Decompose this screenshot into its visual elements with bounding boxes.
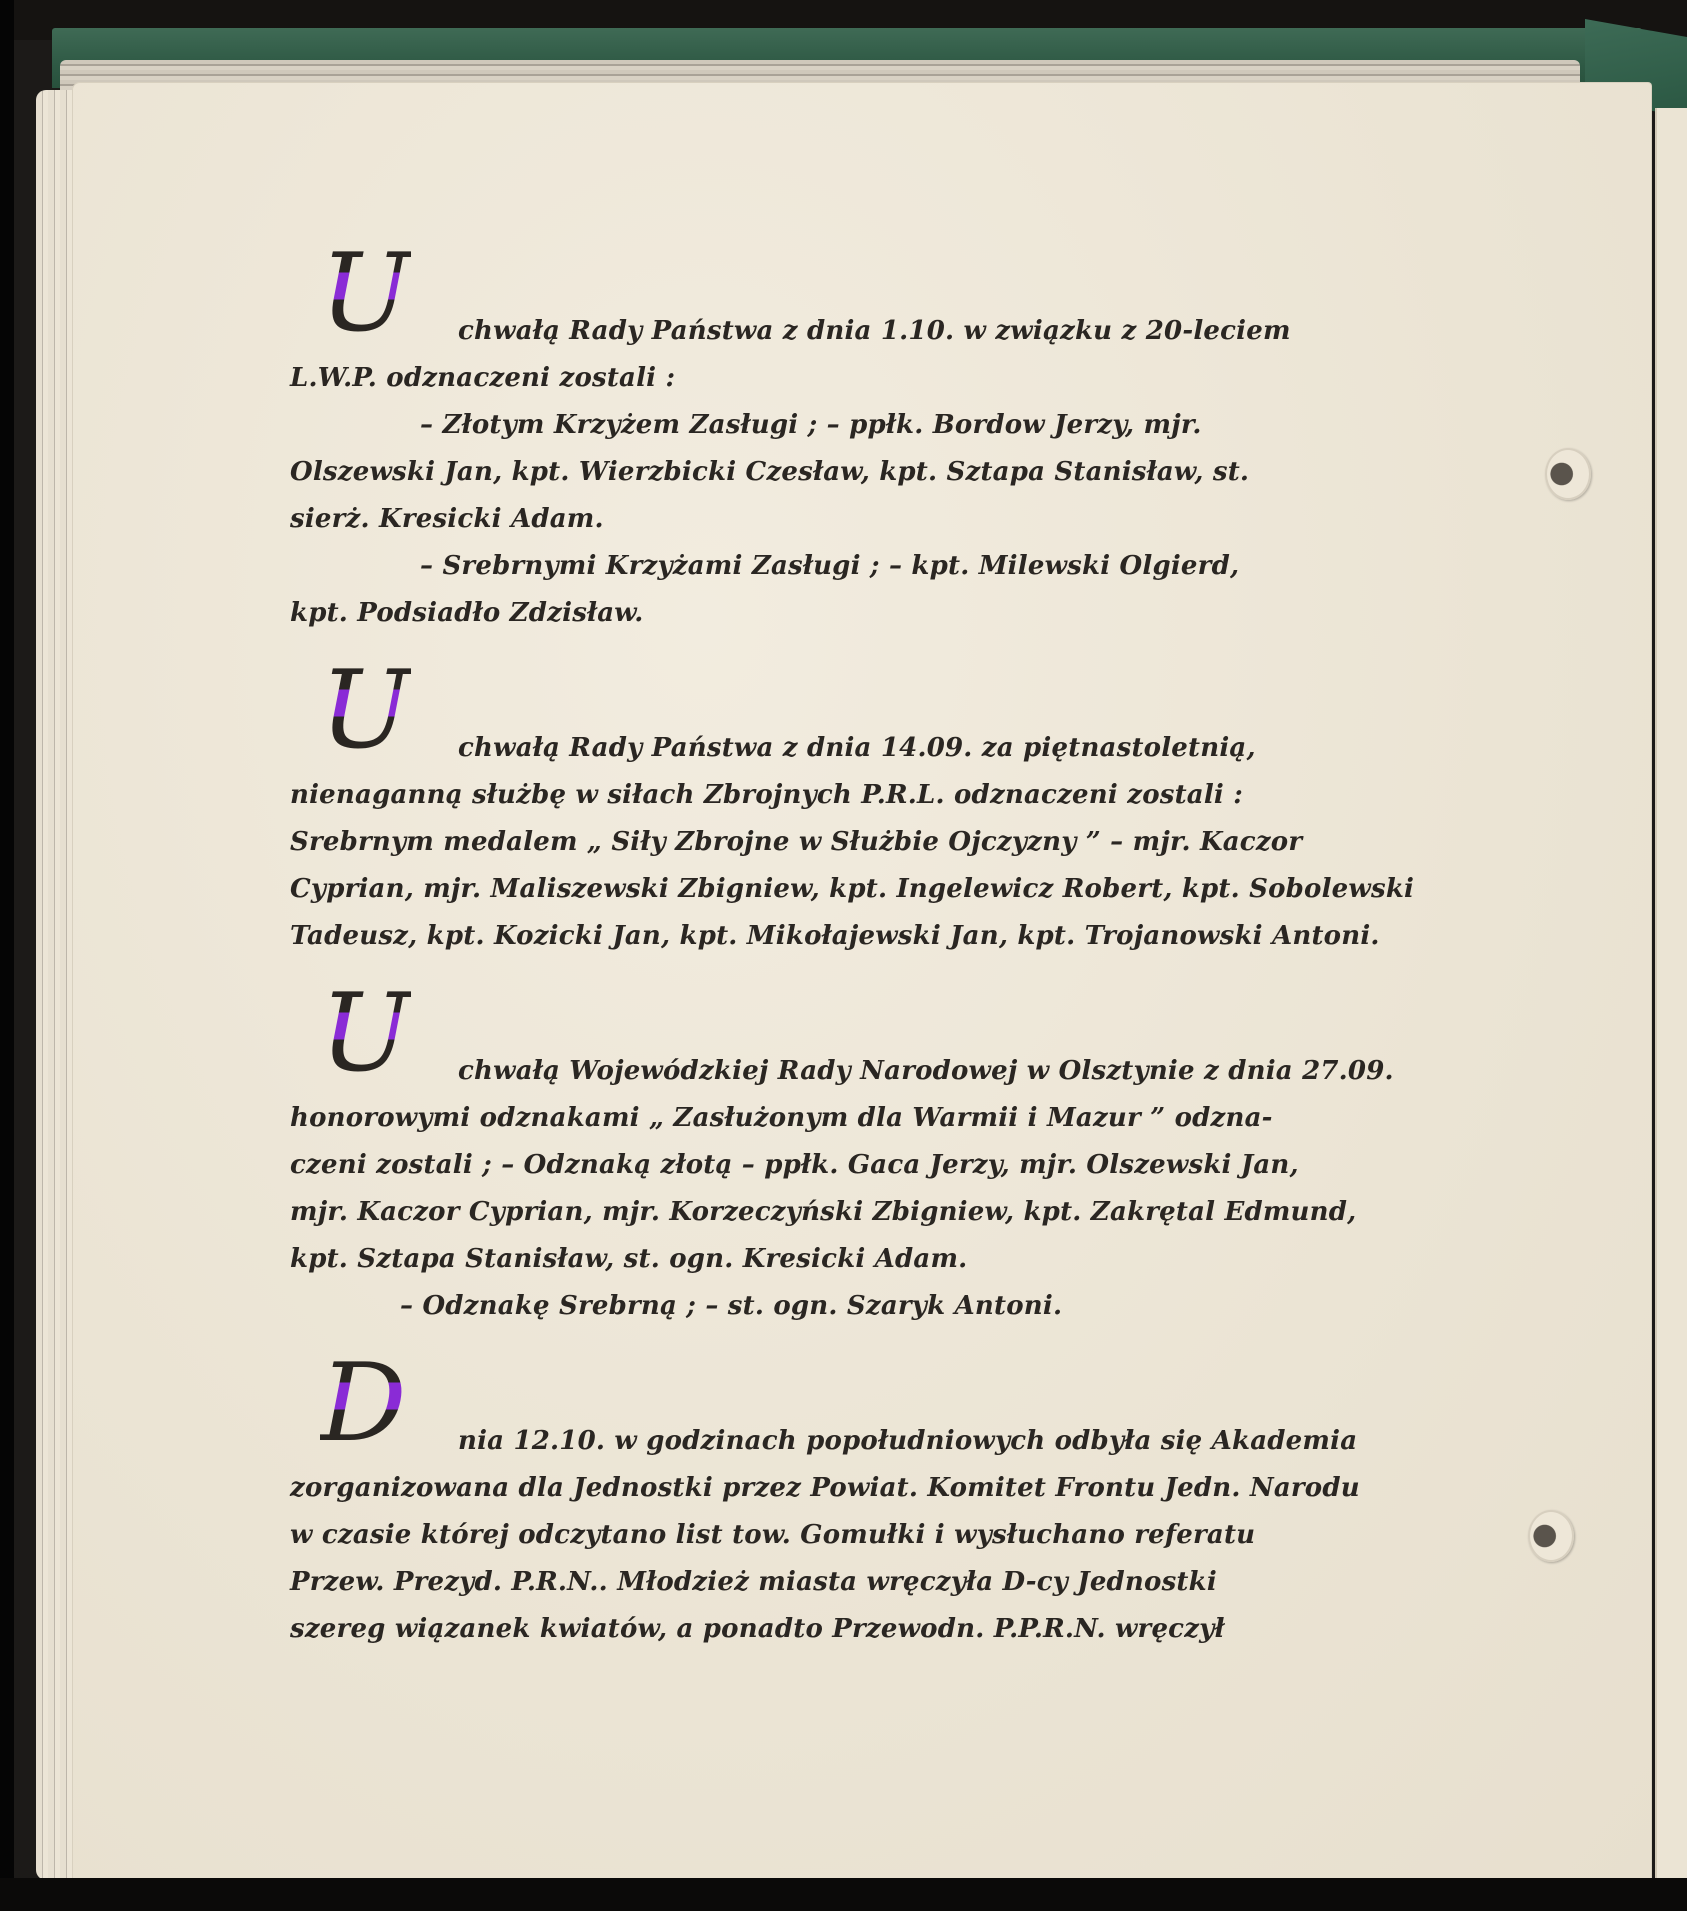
- page-stack-left: [36, 90, 76, 1880]
- entry-line: L.W.P. odznaczeni zostali :: [290, 355, 1450, 402]
- ornamental-initial: U: [320, 657, 411, 765]
- entry-line: nienaganną służbę w siłach Zbrojnych P.R…: [290, 772, 1450, 819]
- entry-line: chwałą Rady Państwa z dnia 14.09. za pię…: [290, 677, 1450, 772]
- entry-state-council-sep: U chwałą Rady Państwa z dnia 14.09. za p…: [290, 677, 1450, 960]
- entry-line: Olszewski Jan, kpt. Wierzbicki Czesław, …: [290, 449, 1450, 496]
- entry-line: mjr. Kaczor Cyprian, mjr. Korzeczyński Z…: [290, 1189, 1450, 1236]
- entry-line: honorowymi odznakami „ Zasłużonym dla Wa…: [290, 1095, 1450, 1142]
- entry-line: – Odznakę Srebrną ; – st. ogn. Szaryk An…: [290, 1283, 1450, 1330]
- entry-line: – Złotym Krzyżem Zasługi ; – ppłk. Bordo…: [290, 402, 1450, 449]
- scan-bottom-edge: [0, 1878, 1687, 1911]
- entry-line: kpt. Podsiadło Zdzisław.: [290, 590, 1450, 637]
- entry-line: w czasie której odczytano list tow. Gomu…: [290, 1512, 1450, 1559]
- entry-line: sierż. Kresicki Adam.: [290, 496, 1450, 543]
- entry-voivodeship-council: U chwałą Wojewódzkiej Rady Narodowej w O…: [290, 1000, 1450, 1330]
- entry-line: Cyprian, mjr. Maliszewski Zbigniew, kpt.…: [290, 866, 1450, 913]
- entry-line: chwałą Wojewódzkiej Rady Narodowej w Ols…: [290, 1000, 1450, 1095]
- punch-hole-icon: [1528, 1510, 1574, 1562]
- entry-line: chwałą Rady Państwa z dnia 1.10. w związ…: [290, 260, 1450, 355]
- scan-edge: [0, 0, 14, 1911]
- entry-line: Tadeusz, kpt. Kozicki Jan, kpt. Mikołaje…: [290, 913, 1450, 960]
- ornamental-initial: D: [320, 1350, 407, 1458]
- entry-line: czeni zostali ; – Odznaką złotą – ppłk. …: [290, 1142, 1450, 1189]
- entry-line: nia 12.10. w godzinach popołudniowych od…: [290, 1370, 1450, 1465]
- entry-academy-oct: D nia 12.10. w godzinach popołudniowych …: [290, 1370, 1450, 1653]
- page-fold-edge: [1655, 108, 1687, 1888]
- entry-line: – Srebrnymi Krzyżami Zasługi ; – kpt. Mi…: [290, 543, 1450, 590]
- ornamental-initial: U: [320, 980, 411, 1088]
- entry-line: zorganizowana dla Jednostki przez Powiat…: [290, 1465, 1450, 1512]
- entry-state-council-oct: U chwałą Rady Państwa z dnia 1.10. w zwi…: [290, 260, 1450, 637]
- punch-hole-icon: [1545, 448, 1591, 500]
- entry-line: Przew. Prezyd. P.R.N.. Młodzież miasta w…: [290, 1559, 1450, 1606]
- entry-line: kpt. Sztapa Stanisław, st. ogn. Kresicki…: [290, 1236, 1450, 1283]
- handwritten-text: U chwałą Rady Państwa z dnia 1.10. w zwi…: [290, 260, 1450, 1705]
- entry-line: Srebrnym medalem „ Siły Zbrojne w Służbi…: [290, 819, 1450, 866]
- entry-line: szereg wiązanek kwiatów, a ponadto Przew…: [290, 1606, 1450, 1653]
- ornamental-initial: U: [320, 240, 411, 348]
